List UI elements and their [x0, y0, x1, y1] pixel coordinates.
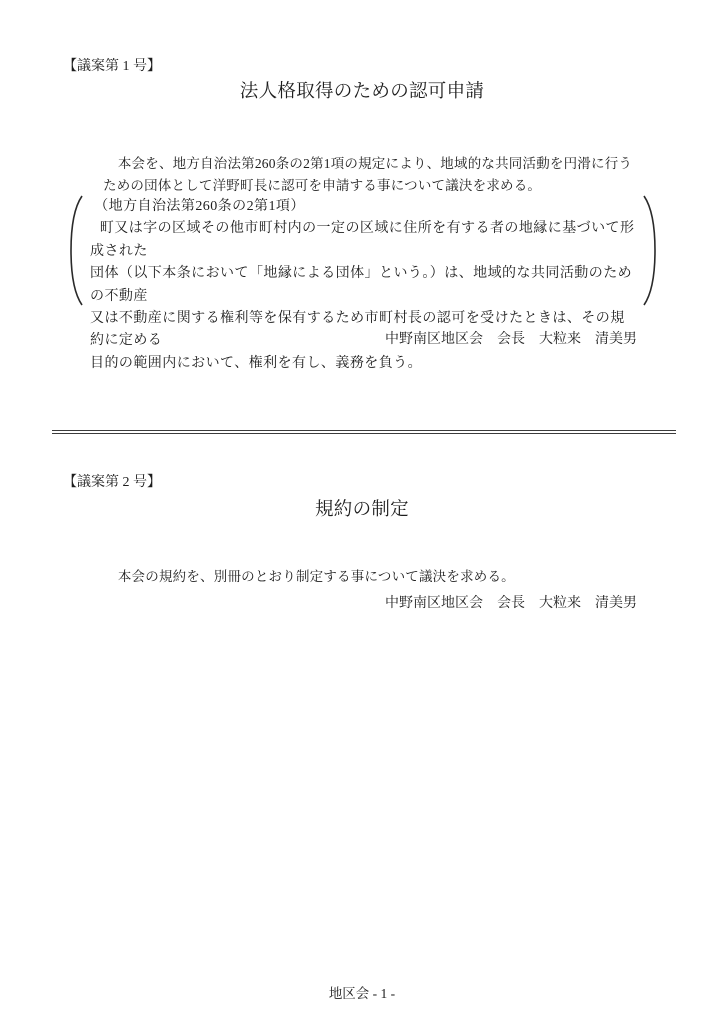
- law-quote-caption: （地方自治法第260条の2第1項）: [90, 196, 638, 218]
- proposal-2-title: 規約の制定: [0, 498, 724, 523]
- big-right-paren-icon: [642, 194, 658, 307]
- proposal-2-body-line: 本会の規約を、別冊のとおり制定する事について議決を求める。: [103, 566, 664, 589]
- proposal-1-number: 【議案第 1 号】: [63, 58, 161, 76]
- proposal-2-signature: 中野南区地区会 会長 大粒来 清美男: [385, 594, 637, 613]
- document-page: 【議案第 1 号】 法人格取得のための認可申請 本会を、地方自治法第260条の2…: [0, 0, 724, 1024]
- proposal-1-body: 本会を、地方自治法第260条の2第1項の規定により、地域的な共同活動を円滑に行う…: [103, 153, 664, 198]
- section-divider: [52, 430, 676, 434]
- law-quote-line: 町又は字の区域その他市町村内の一定の区域に住所を有する者の地縁に基づいて形成され…: [90, 218, 638, 263]
- proposal-2-body: 本会の規約を、別冊のとおり制定する事について議決を求める。: [103, 566, 664, 589]
- proposal-1-signature: 中野南区地区会 会長 大粒来 清美男: [385, 330, 637, 349]
- law-quote-line: 団体（以下本条において「地縁による団体」という。）は、地域的な共同活動のための不…: [90, 263, 638, 308]
- proposal-2-number: 【議案第 2 号】: [63, 474, 161, 492]
- proposal-1-title: 法人格取得のための認可申請: [0, 80, 724, 105]
- page-footer: 地区会 - 1 -: [0, 982, 724, 1002]
- proposal-1-body-line: 本会を、地方自治法第260条の2第1項の規定により、地域的な共同活動を円滑に行う: [103, 153, 664, 176]
- big-left-paren-icon: [68, 194, 84, 307]
- law-quote-line: 目的の範囲内において、権利を有し、義務を負う。: [90, 353, 638, 375]
